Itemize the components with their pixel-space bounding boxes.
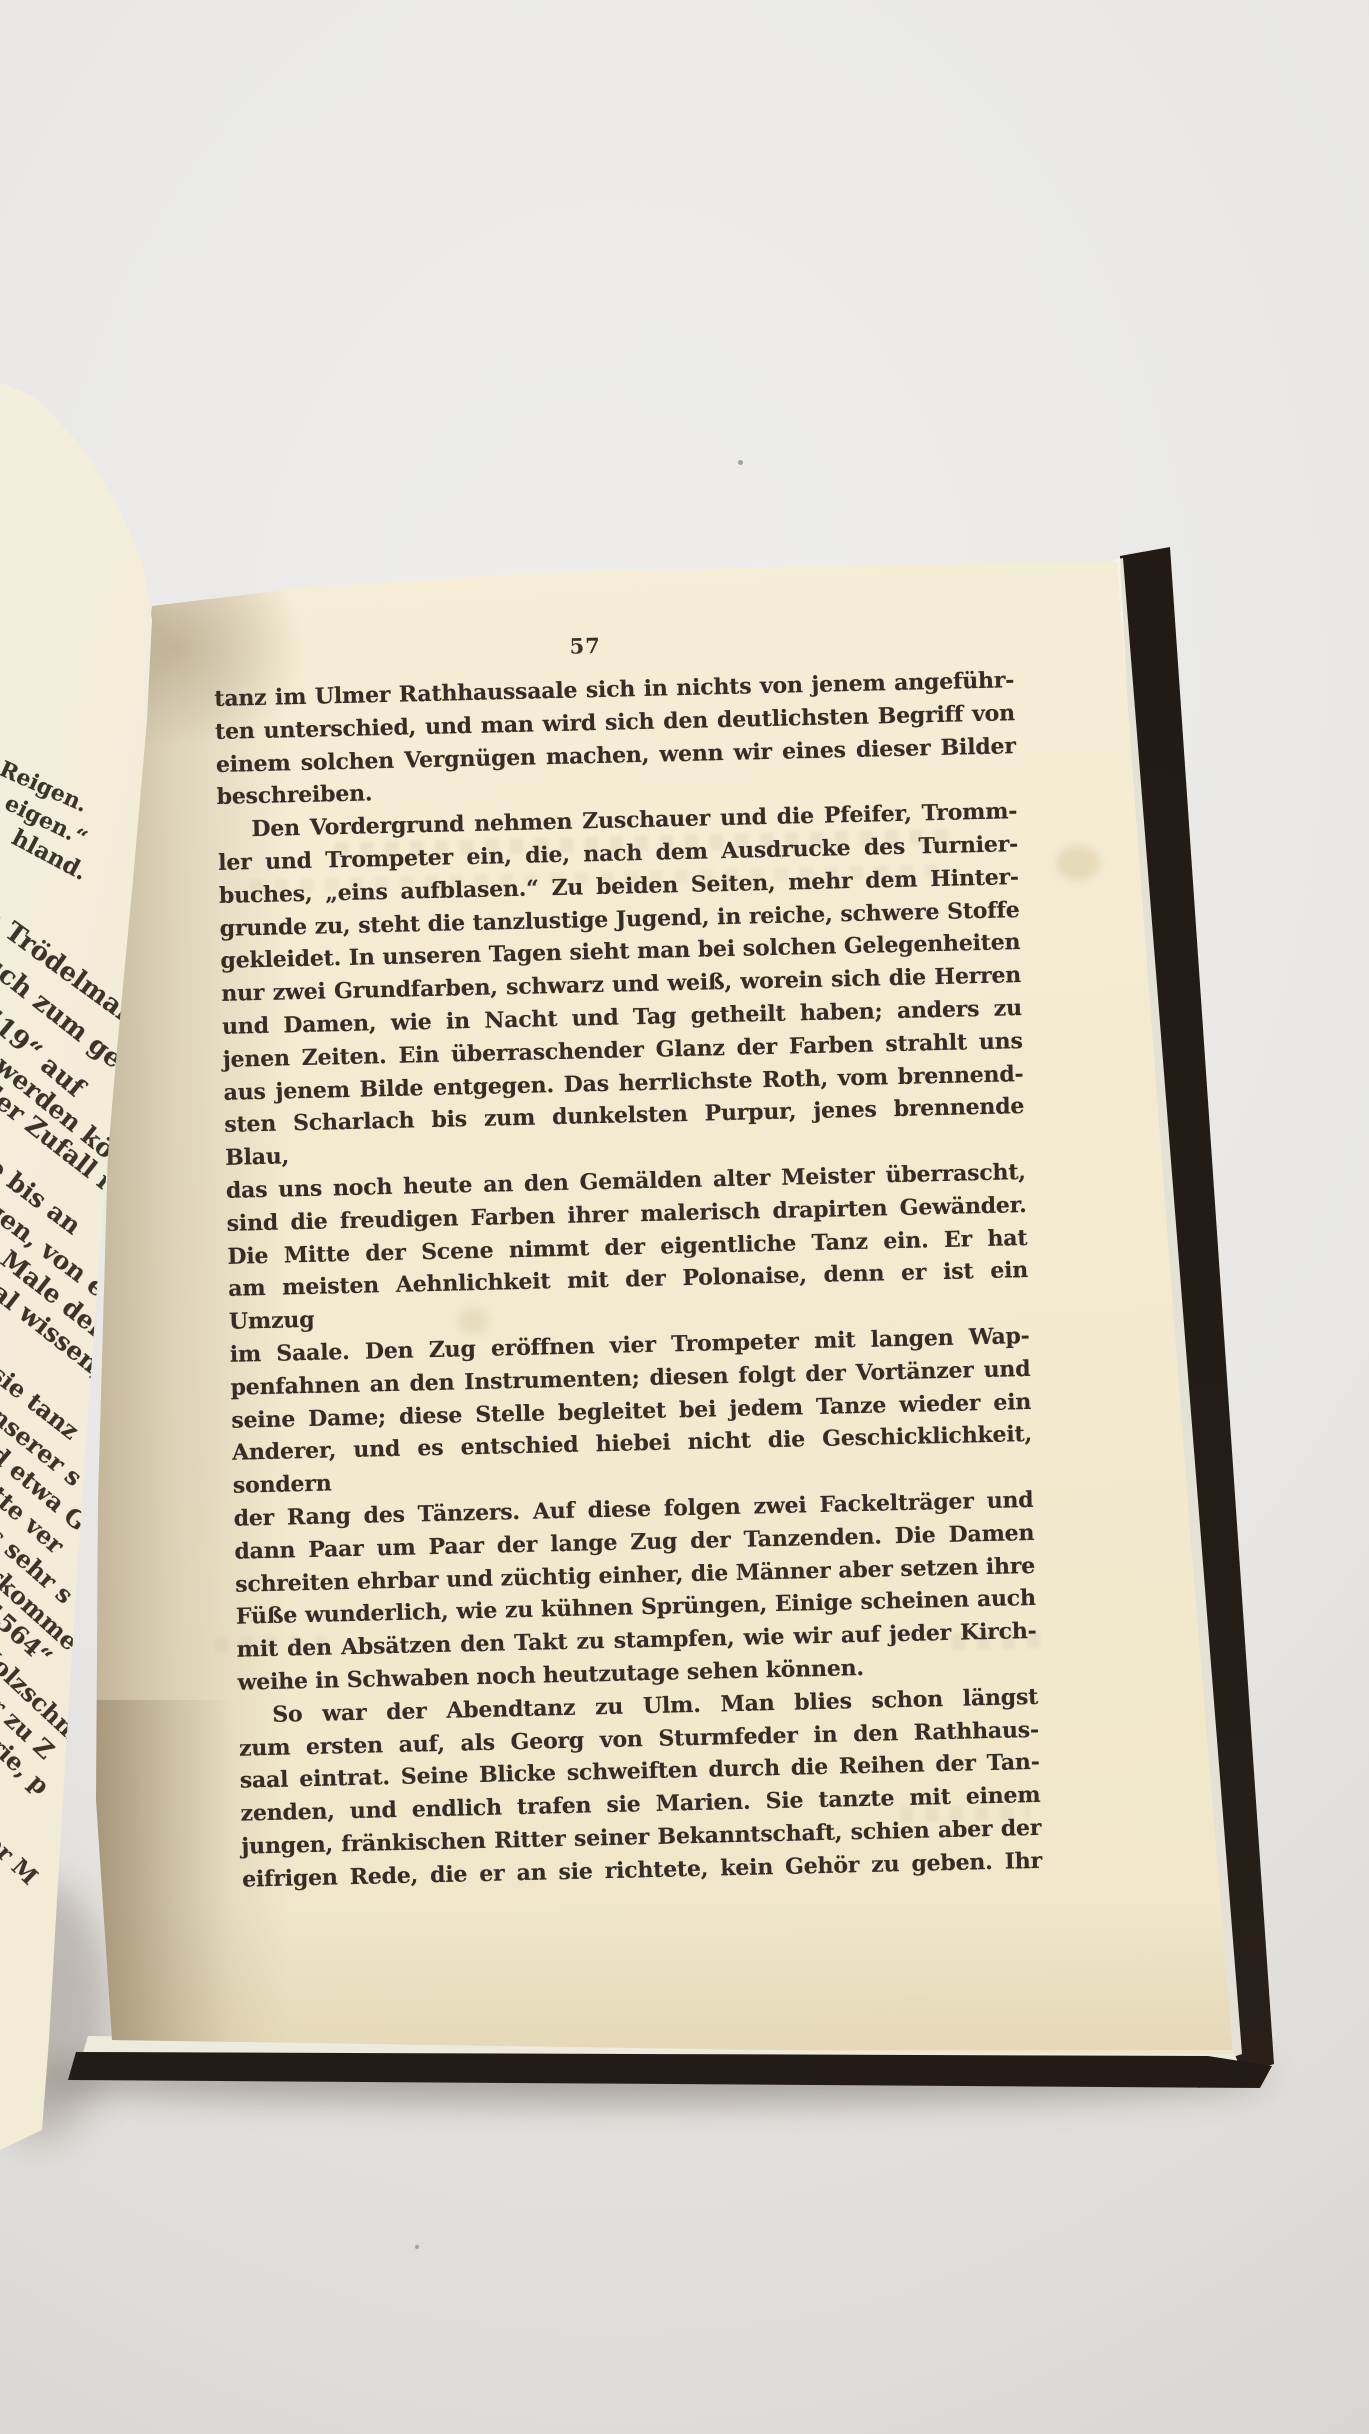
page-stain <box>1056 846 1100 880</box>
dust-speck <box>415 2245 419 2249</box>
page-bottom-shading <box>90 1900 1240 2050</box>
left-page-text-fragment: der M <box>0 1818 43 1890</box>
book-photo: 57 tanz im Ulmer Rathhaussaale sich in n… <box>0 0 1369 2434</box>
dust-speck <box>738 460 743 465</box>
page-text-block: 57 tanz im Ulmer Rathhaussaale sich in n… <box>213 623 1042 1896</box>
